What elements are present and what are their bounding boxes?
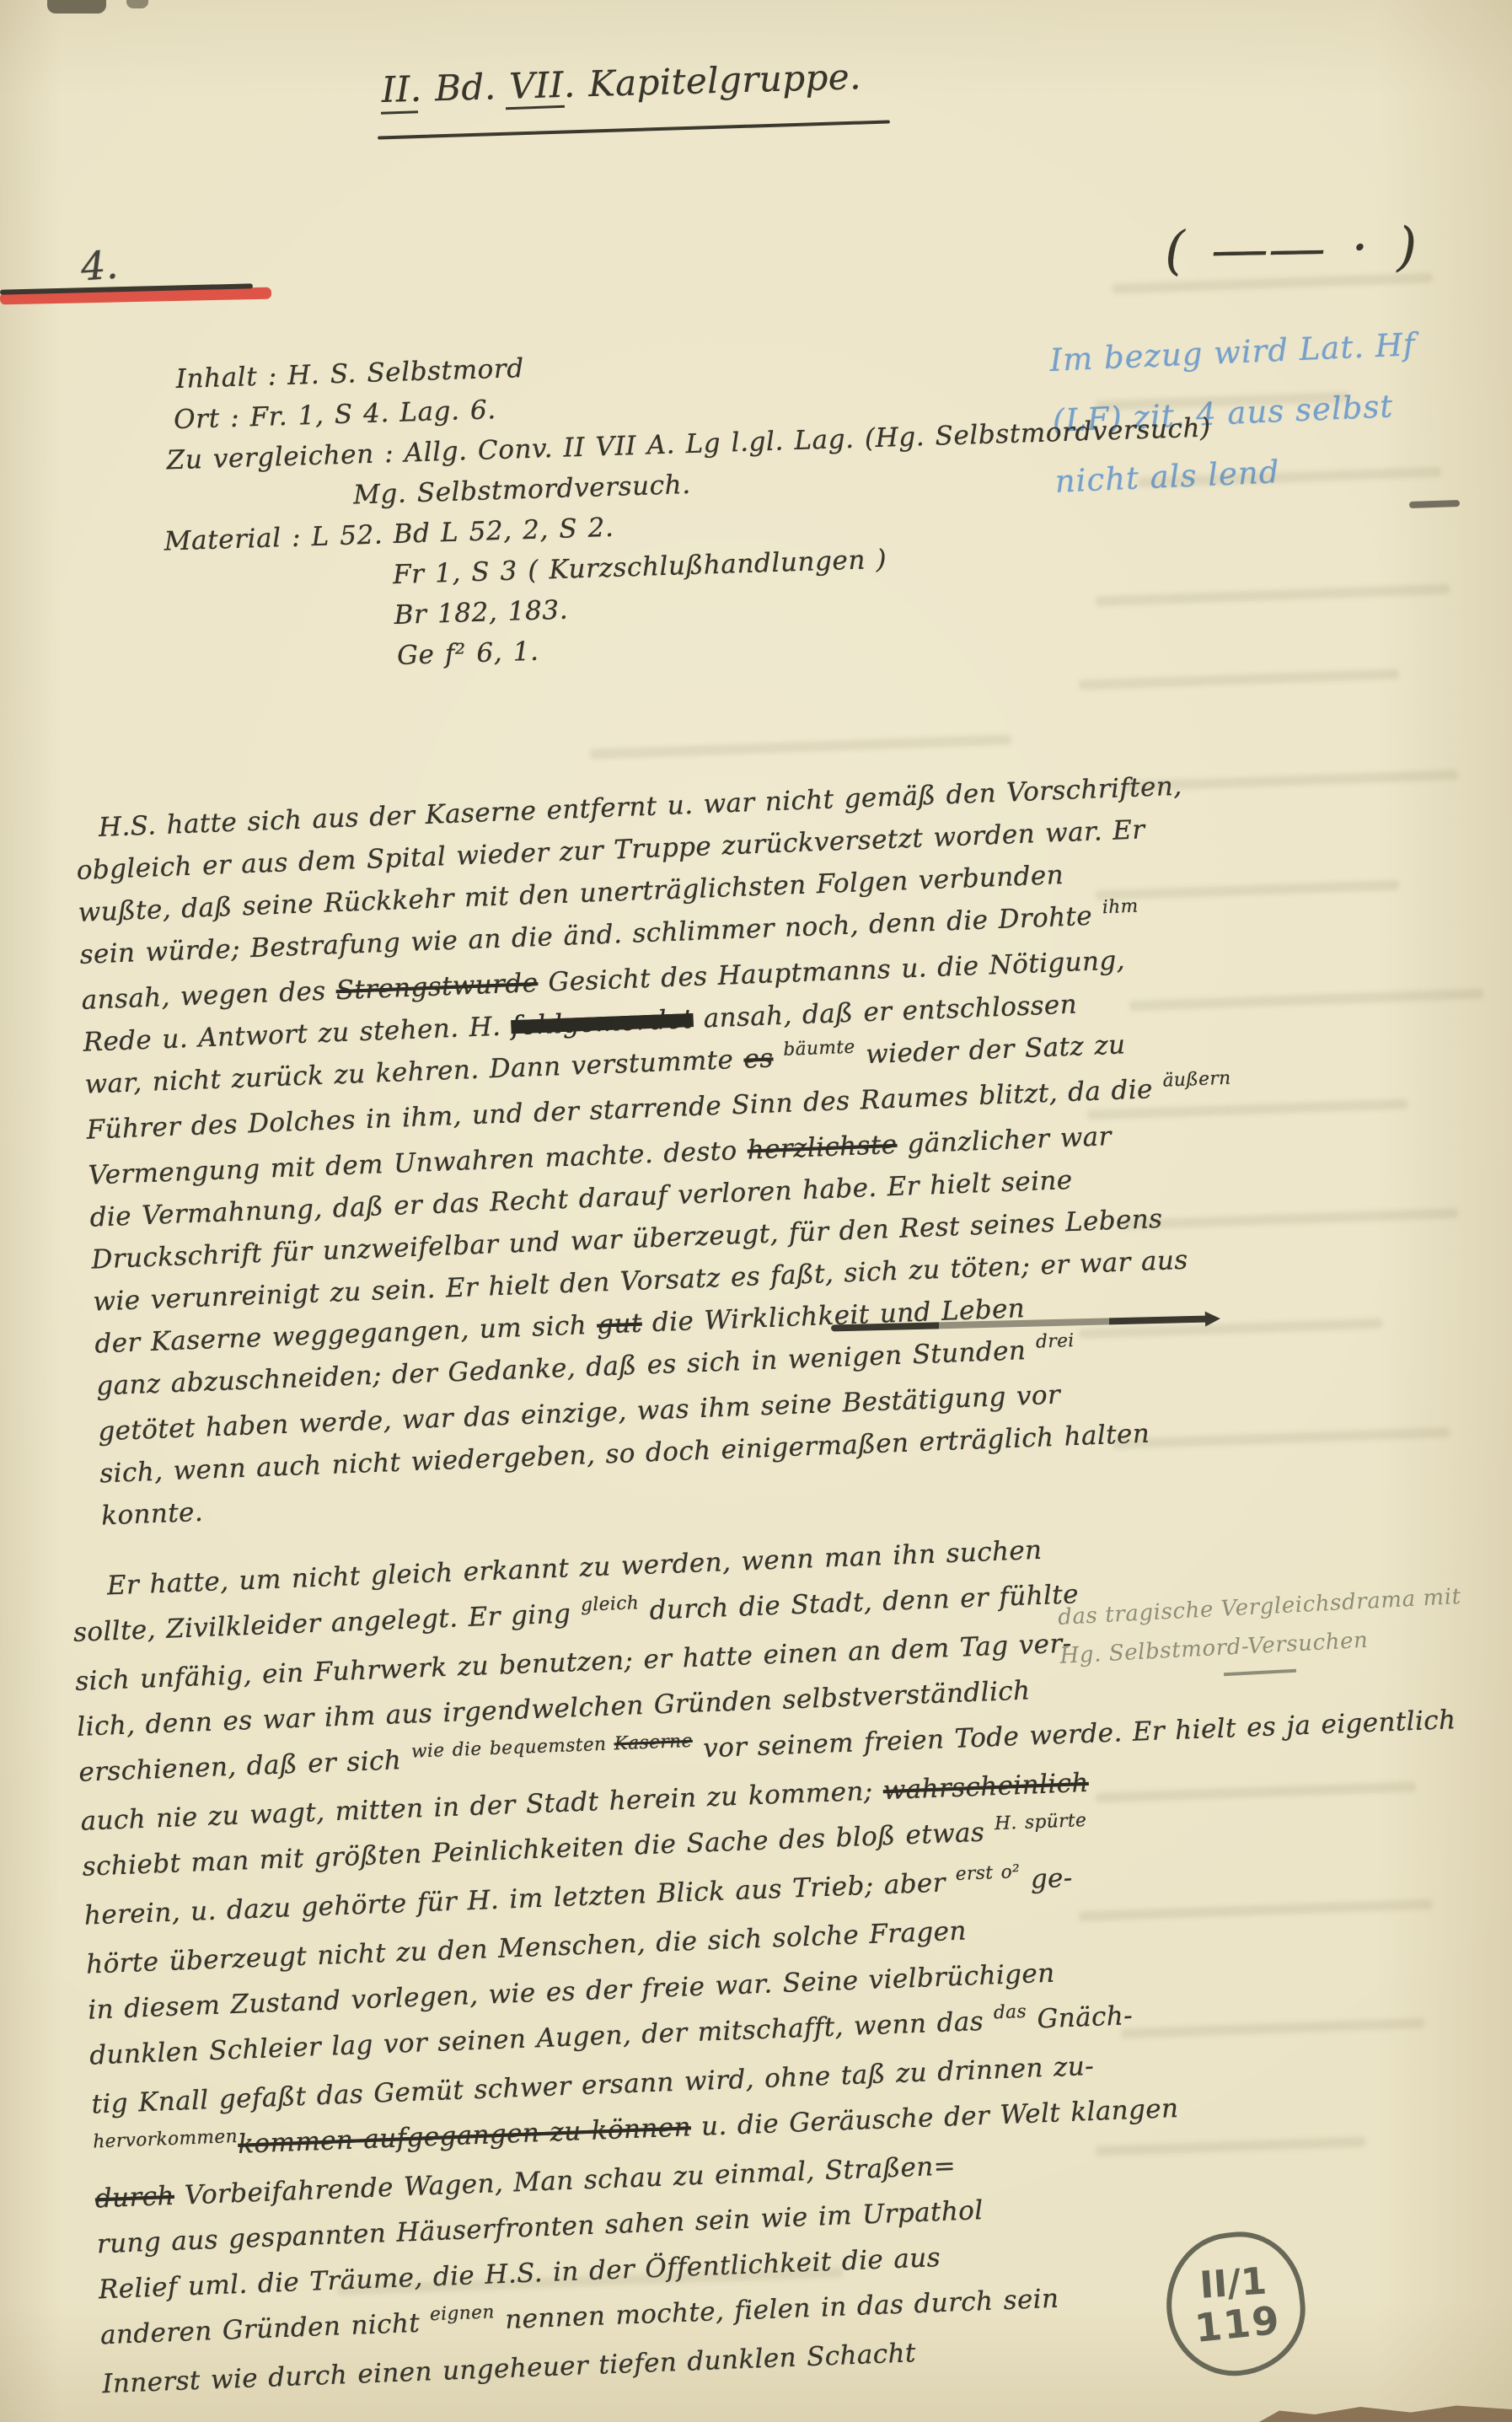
- ink-dash-mark: [1409, 500, 1460, 508]
- paren-dash-mark: ( ―― · ): [1164, 215, 1422, 281]
- paper-edge-mark: [126, 0, 148, 8]
- manuscript-page: II. Bd. VII. Kapitelgruppe. 4. ( ―― · ) …: [0, 0, 1512, 2422]
- title-underline: [378, 120, 890, 139]
- body-paragraph-1: H.S. hatte sich aus der Kaserne entfernt…: [74, 764, 1247, 1538]
- bleedthrough-smudge: [590, 734, 1011, 759]
- bleedthrough-smudge: [1079, 669, 1399, 690]
- paper-edge-mark: [47, 0, 106, 13]
- page-title: II. Bd. VII. Kapitelgruppe.: [381, 56, 861, 110]
- title-underline-II: [381, 110, 418, 115]
- paper-corner-shadow: [1259, 2397, 1512, 2422]
- metadata-block: Inhalt : H. S. SelbstmordOrt : Fr. 1, S …: [123, 327, 1218, 685]
- stamp-signature: II/1: [1198, 2261, 1268, 2306]
- corner-number: 4.: [79, 242, 120, 290]
